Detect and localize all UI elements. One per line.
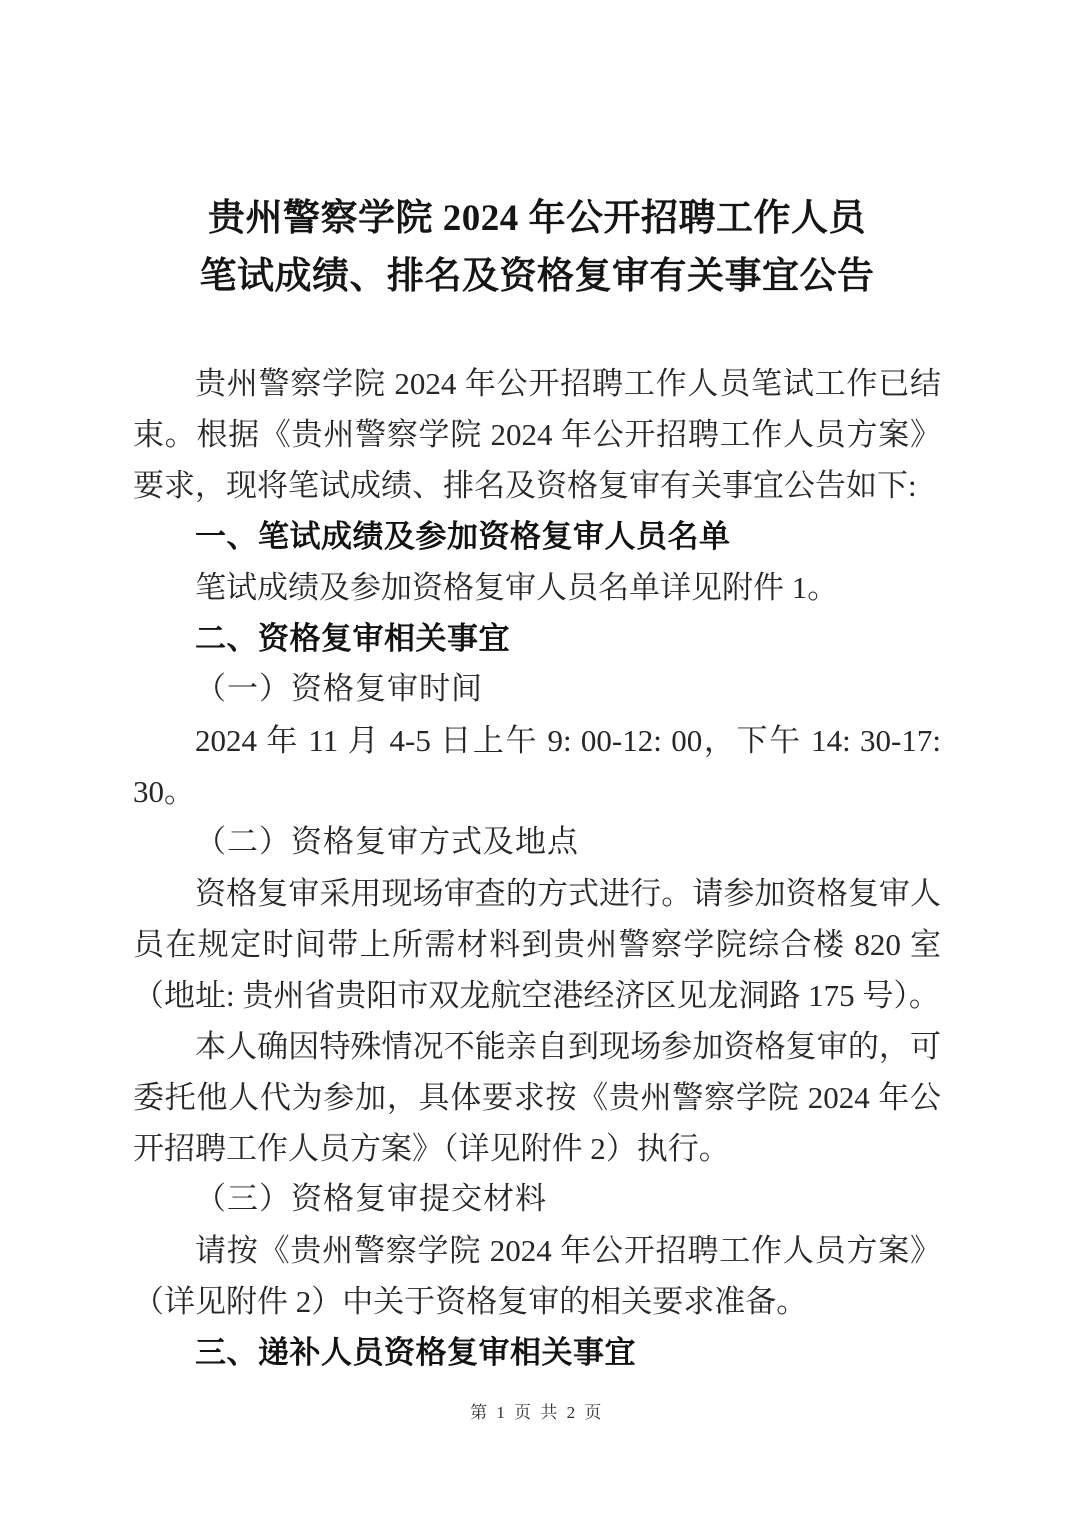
paragraph-review-time: 2024 年 11 月 4-5 日上午 9: 00-12: 00，下午 14: … [133, 715, 941, 817]
paragraph-proxy-attendance: 本人确因特殊情况不能亲自到现场参加资格复审的，可委托他人代为参加，具体要求按《贵… [133, 1021, 941, 1174]
document-title-line-2: 笔试成绩、排名及资格复审有关事宜公告 [133, 248, 941, 306]
page-number-footer: 第 1 页 共 2 页 [0, 1398, 1074, 1423]
document-title: 贵州警察学院 2024 年公开招聘工作人员 笔试成绩、排名及资格复审有关事宜公告 [133, 190, 941, 306]
document-content: 贵州警察学院 2024 年公开招聘工作人员 笔试成绩、排名及资格复审有关事宜公告… [133, 190, 941, 1378]
paragraph-intro: 贵州警察学院 2024 年公开招聘工作人员笔试工作已结束。根据《贵州警察学院 2… [133, 358, 941, 511]
subsection-heading-2-3: （三）资格复审提交材料 [133, 1174, 941, 1225]
section-heading-1: 一、笔试成绩及参加资格复审人员名单 [133, 511, 941, 562]
subsection-heading-2-1: （一）资格复审时间 [133, 664, 941, 715]
paragraph-review-location: 资格复审采用现场审查的方式进行。请参加资格复审人员在规定时间带上所需材料到贵州警… [133, 868, 941, 1021]
section-heading-2: 二、资格复审相关事宜 [133, 613, 941, 664]
subsection-heading-2-2: （二）资格复审方式及地点 [133, 817, 941, 868]
paragraph-section-1: 笔试成绩及参加资格复审人员名单详见附件 1。 [133, 562, 941, 613]
document-page: 贵州警察学院 2024 年公开招聘工作人员 笔试成绩、排名及资格复审有关事宜公告… [0, 0, 1074, 1520]
paragraph-review-materials: 请按《贵州警察学院 2024 年公开招聘工作人员方案》（详见附件 2）中关于资格… [133, 1225, 941, 1327]
section-heading-3: 三、递补人员资格复审相关事宜 [133, 1327, 941, 1378]
document-body: 贵州警察学院 2024 年公开招聘工作人员笔试工作已结束。根据《贵州警察学院 2… [133, 358, 941, 1378]
document-title-line-1: 贵州警察学院 2024 年公开招聘工作人员 [133, 190, 941, 248]
